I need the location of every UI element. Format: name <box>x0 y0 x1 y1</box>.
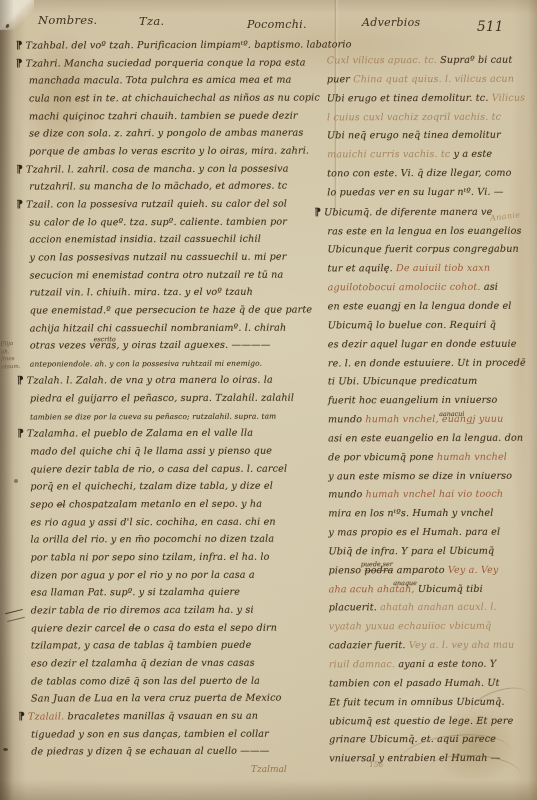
manuscript-line: ¶Tzahbal. del voº tzah. Purificacion lim… <box>29 36 319 55</box>
manuscript-line: l cuius cuxl vachiz zoqril vachis. tc <box>327 108 529 128</box>
manuscript-line: aanacuimundo humah vnchel, euangj yuuu <box>328 411 530 431</box>
manuscript-line: quiere dezir carcel d̶e̶ o casa do esta … <box>31 619 321 638</box>
manuscript-line: cadazier fuerit. Vey a. l. vey aha mau <box>329 637 531 657</box>
manuscript-line: ras este en la lengua en los euangelios <box>327 222 529 242</box>
manuscript-line: ¶Tzail. con la possesiva rutzail quieh. … <box>29 195 319 214</box>
entry-mark-icon: ¶ <box>16 196 23 214</box>
manuscript-line: es dezir aquel lugar en donde estuuie <box>328 335 530 355</box>
left-text-column: ¶Tzahbal. del voº tzah. Purificacion lim… <box>29 36 322 761</box>
interlinear-note: anaque <box>393 574 417 593</box>
entry-mark-icon: ¶ <box>314 203 321 222</box>
manuscript-line: Ubicumq̄ lo buelue con. Requiri q̄ <box>328 316 530 336</box>
manuscript-line: manchada macula. Tota pulchra es amica m… <box>29 72 319 91</box>
manuscript-line: en este euangj en la lengua donde el <box>328 298 530 318</box>
manuscript-line: Ubi neq̄ erugo neq̄ tinea demolitur <box>327 127 529 147</box>
manuscript-line: vyatah yuxua echauiioc vbicumq̄ <box>329 618 531 638</box>
manuscript-page: Nombres. Tza. Pocomchi. Adverbios 511 ¶T… <box>0 0 537 800</box>
entry-mark-icon: ¶ <box>18 708 25 726</box>
manuscript-line: achija hitzail chi cassuechil nombraniam… <box>30 319 320 338</box>
manuscript-line: de tablas como dizē q̄ son las del puert… <box>31 672 321 691</box>
manuscript-line: se dize con sola. z. zahri. y pongolo de… <box>29 125 319 144</box>
manuscript-line: machi quiçinoc tzahri chauih. tambien se… <box>29 107 319 126</box>
manuscript-line: placuerit. ahatah anahan acuxl. l. <box>329 599 531 619</box>
manuscript-line: tono con este. Vi. q̄ dize llegar, como <box>327 165 529 185</box>
manuscript-line: puede serpienso p̶o̶d̶r̶a̶ amparoto Vey … <box>329 561 531 581</box>
manuscript-line: anaqueaha acuh ahatah, Ubicumq̄ tibi <box>329 580 531 600</box>
manuscript-line: dezir tabla de rio diremos aca tzilam ha… <box>31 601 321 620</box>
manuscript-line: mundo humah vnchel hai vio tooch <box>328 486 530 506</box>
manuscript-line: puer China quat quius. l. vilicus acun <box>327 70 529 90</box>
entry-mark-icon: ¶ <box>17 373 24 391</box>
header-section-nombres: Nombres. <box>38 13 98 27</box>
header-section-tza: Tza. <box>139 14 164 28</box>
manuscript-line: accion enemistad insidia. tzail cassuech… <box>29 231 319 250</box>
manuscript-line: de por vbicumq̄ pone humah vnchel <box>328 448 530 468</box>
manuscript-line: ti Ubi. Ubicunque predicatum <box>328 373 530 393</box>
binding-gutter-shadow <box>0 0 14 800</box>
manuscript-line: escritootras vezes veras, y oiras tzail … <box>30 337 320 356</box>
manuscript-line: y aun este mismo se dize in vniuerso <box>328 467 530 487</box>
manuscript-line: esa llaman Pat. supº. y si tzalamha quie… <box>31 584 321 603</box>
manuscript-line: la orilla del rio. y en m̄o pocomchi no … <box>30 531 320 550</box>
manuscript-line: lo puedas ver en su lugar nᵗº. Vi. — <box>327 184 529 204</box>
manuscript-line: riuil damnac. ayani a este tono. Y <box>329 656 531 676</box>
manuscript-line: asi en este euangelio en la lengua. don <box>328 430 530 450</box>
right-text-column: Cuxl vilicus apuac. tc. Supraº bi cautpu… <box>327 52 532 770</box>
manuscript-line: Ubiq̄ de infra. Y para el Ubicumq̄ <box>328 543 530 563</box>
manuscript-line: anteponiendole. ah. y con la possesiva r… <box>30 354 320 373</box>
manuscript-line: mira en los nᵗºs. Humah y vnchel <box>328 505 530 525</box>
manuscript-line: tzilampat, y casa de tablas q̄ tambien p… <box>31 637 321 656</box>
manuscript-line: y con las possesivas nutzail nu cassuech… <box>29 248 319 267</box>
entry-mark-icon: ¶ <box>16 38 23 56</box>
manuscript-line: ¶Tzahri. Mancha suciedad porqueria conqu… <box>29 54 319 73</box>
manuscript-line: por tabla ni por sepo sino tzilam, infra… <box>31 549 321 568</box>
manuscript-line: rutzail vin. l. chiuih. mira. tza. y el … <box>30 284 320 303</box>
manuscript-line: re. l. en donde estuuiere. Ut in procedē <box>328 354 530 374</box>
manuscript-line: tambien se dize por la cueva su peñasco;… <box>30 407 320 426</box>
manuscript-line: mauichi curris vachis. tc y a este <box>327 146 529 166</box>
ink-speck <box>3 748 8 751</box>
manuscript-line: ¶Tzalah. l. Zalah. de vna y otra manera … <box>30 372 320 391</box>
manuscript-line: tur et aquilę. De auiuil tiob xaxn <box>327 260 529 280</box>
manuscript-line: mado del quiche chi q̄ le llama assi y p… <box>30 443 320 462</box>
running-header: Nombres. Tza. Pocomchi. Adverbios 511 <box>0 0 537 40</box>
manuscript-line: su calor de lo queº. tza. supº. caliente… <box>29 213 319 232</box>
manuscript-line: piedra el guijarro el peñasco, supra. Tz… <box>30 390 320 409</box>
entry-mark-icon: ¶ <box>16 161 23 179</box>
left-margin-note: Elijaah.finesotsum. <box>0 341 27 372</box>
manuscript-line: tiguedad y son en sus danças, tambien el… <box>31 725 321 744</box>
manuscript-line: ¶Tzalamha. el pueblo de Zalama en el val… <box>30 425 320 444</box>
manuscript-line: quiere dezir tabla de rio, o casa del ca… <box>30 460 320 479</box>
manuscript-line: fuerit hoc euangelium in vniuerso <box>328 392 530 412</box>
margin-note-line: otsum. <box>1 363 27 371</box>
page-number: 511 <box>477 19 504 35</box>
manuscript-line: ¶Tzalail. bracaletes manillas q̄ vsauan … <box>31 707 321 726</box>
manuscript-line: es rio agua y assi d'l sic. cochiha, en … <box>30 513 320 532</box>
entry-mark-icon: ¶ <box>16 55 23 73</box>
manuscript-line: aguilotobocui amolociic cohot. asi <box>328 279 530 299</box>
manuscript-line: eso dezir el tzalamha q̄ dezian de vnas … <box>31 654 321 673</box>
manuscript-line: porque de ambas lo veras escrito y lo oi… <box>29 142 319 161</box>
manuscript-line: rutzahril. su mancha de lo māchado, et a… <box>29 178 319 197</box>
manuscript-line: dizen por agua y por el rio y no por la … <box>31 566 321 585</box>
manuscript-line: Cuxl vilicus apuac. tc. Supraº bi caut <box>327 52 529 72</box>
manuscript-line: cula non est in te. at chichauichechal a… <box>29 89 319 108</box>
manuscript-line: secucion mi enemistad contra otro nutzai… <box>30 266 320 285</box>
interlinear-note: aanacui <box>439 404 464 423</box>
header-section-adverbios: Adverbios <box>362 16 421 29</box>
manuscript-line: y mas propio es el Humah. para el <box>328 524 530 544</box>
interlinear-note: puede ser <box>361 555 393 574</box>
interlinear-note: escrito <box>94 331 116 349</box>
manuscript-line: San Juan de Lua en la vera cruz puerta d… <box>31 690 321 709</box>
folio-pencil-number: 156 <box>369 760 383 769</box>
manuscript-line: porq̄ en el quichechi, tzalam dize tabla… <box>30 478 320 497</box>
manuscript-line: de piedras y dizen q̄ se echauan al cuel… <box>31 743 321 762</box>
manuscript-line: sepo e̶l̶ chospatzalam metanlo en el sep… <box>30 496 320 515</box>
manuscript-line: Ubicunque fuerit corpus congregabun <box>327 241 529 261</box>
header-language-pocomchi: Pocomchi. <box>247 18 307 31</box>
manuscript-line: que enemistad.º que persecucion te haze … <box>30 301 320 320</box>
ink-speck <box>14 479 18 483</box>
catchword: Tzalmal <box>251 765 287 775</box>
entry-mark-icon: ¶ <box>17 426 24 444</box>
manuscript-line: ¶Tzahril. l. zahril. cosa de mancha. y c… <box>29 160 319 179</box>
manuscript-line: Ubi erugo et tinea demolitur. tc. Vilicu… <box>327 89 529 109</box>
